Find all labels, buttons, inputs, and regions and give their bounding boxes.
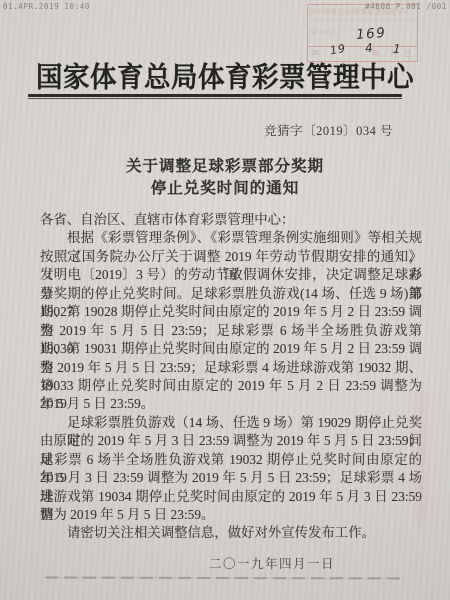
fax-timestamp: 01.APR.2019 10:40 — [3, 2, 90, 11]
body-line: 期、第 19028 期停止兑奖时间由原定的 2019 年 5 月 2 日 23:… — [40, 303, 422, 321]
body-line: 分奖期的停止兑奖时间。足球彩票胜负游戏(14 场、任选 9 场)第 19027 — [40, 285, 422, 303]
letterhead-rule-thin — [28, 98, 402, 99]
letterhead-rule-thick — [28, 94, 402, 97]
notice-title-line1: 关于调整足球彩票部分奖期 — [0, 154, 450, 176]
sign-date: 二〇一九年四月一日 — [209, 554, 335, 572]
body-line: 年 5 月 5 日 23:59。 — [40, 395, 422, 413]
body-line: 按照《国务院办公厅关于调整 2019 年劳动节假期安排的通知》（国办 — [40, 248, 422, 266]
body-line: 根据《彩票管理条例》、《彩票管理条例实施细则》等相关规定， — [40, 229, 422, 247]
stamp-header-text: 国家体育总局体育彩票管理中心 — [308, 5, 417, 20]
body-line: 请密切关注相关调整信息，做好对外宣传发布工作。 — [40, 524, 422, 542]
body-line: 由原定的 2019 年 5 月 3 日 23:59 调整为 2019 年 5 月… — [40, 432, 422, 450]
body-line: 发明电〔2019〕3 号）的劳动节放假调休安排，决定调整足球彩票部 — [40, 266, 422, 284]
body-line: 期、第 19031 期停止兑奖时间由原定的 2019 年 5 月 2 日 23:… — [40, 340, 422, 358]
body-line: 足球彩票胜负游戏（14 场、任选 9 场）第 19029 期停止兑奖时间 — [40, 414, 422, 432]
scanned-fax-document: 01.APR.2019 10:40 #4608 P.001 /001 国家体育总… — [0, 0, 450, 600]
notice-title-line2: 停止兑奖时间的通知 — [0, 176, 450, 198]
body-line: 球彩票 6 场半全场胜负游戏第 19032 期停止兑奖时间由原定的 2019 — [40, 451, 422, 469]
body-line: 整为 2019 年 5 月 5 日 23:59。 — [40, 506, 422, 524]
letterhead-rule — [28, 94, 402, 99]
body-line: 球游戏第 19034 期停止兑奖时间由原定的 2019 年 5 月 3 日 23… — [40, 488, 422, 506]
body-line: 19033 期停止兑奖时间由原定的 2019 年 5 月 2 日 23:59 调… — [40, 377, 422, 395]
body-line: 为 2019 年 5 月 5 日 23:59；足球彩票 4 场进球游戏第 190… — [40, 359, 422, 377]
body-text: 各省、自治区、直辖市体育彩票管理中心：根据《彩票管理条例》、《彩票管理条例实施细… — [40, 211, 422, 543]
body-line: 年 5 月 3 日 23:59 调整为 2019 年 5 月 5 日 23:59… — [40, 469, 422, 487]
body-line: 为 2019 年 5 月 5 日 23:59；足球彩票 6 场半全场胜负游戏第 … — [40, 322, 422, 340]
body-line: 各省、自治区、直辖市体育彩票管理中心： — [40, 211, 422, 229]
org-letterhead-title: 国家体育总局体育彩票管理中心 — [0, 54, 450, 95]
doc-number: 竞猜字〔2019〕034 号 — [264, 121, 393, 139]
stamp-number-label: 编号(NO.) — [308, 20, 340, 46]
scan-smudge-artifact — [417, 392, 426, 527]
bottom-scan-line — [45, 577, 401, 580]
